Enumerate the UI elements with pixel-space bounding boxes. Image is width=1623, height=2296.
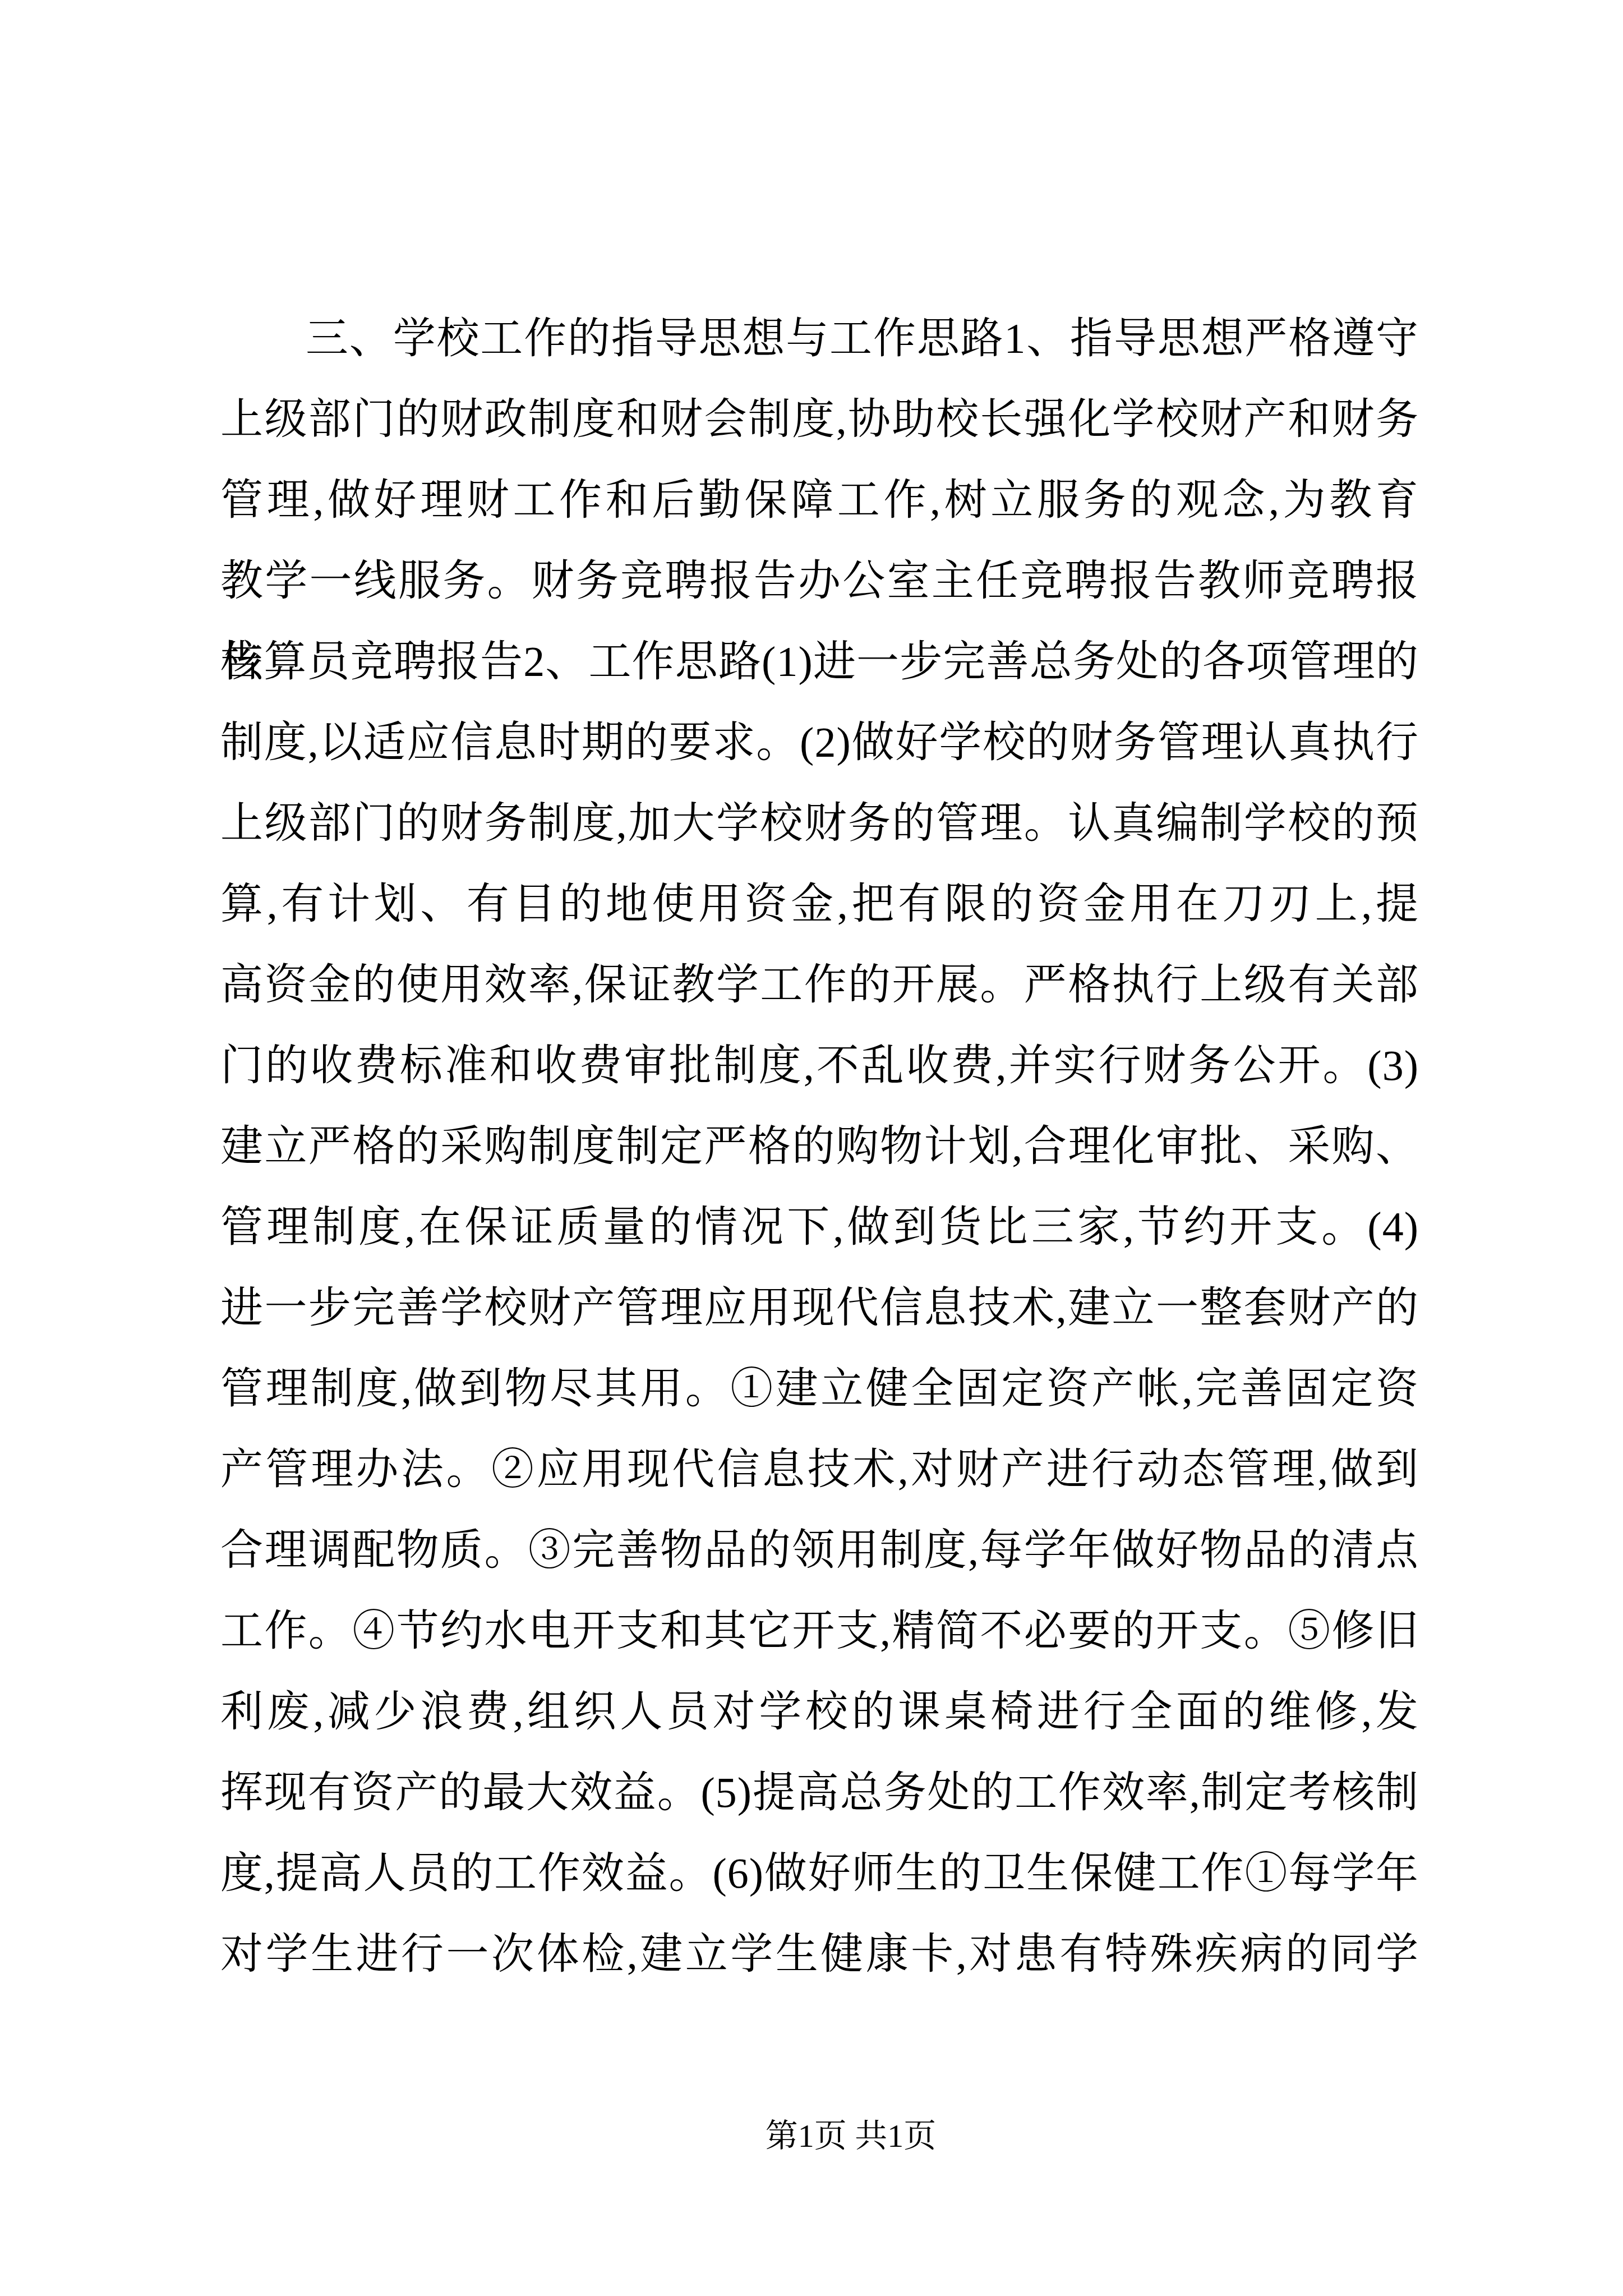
text-line: 对学生进行一次体检,建立学生健康卡,对患有特殊疾病的同学: [220, 1914, 1419, 1995]
document-body: 三、学校工作的指导思想与工作思路1、指导思想严格遵守 上级部门的财政制度和财会制…: [220, 298, 1419, 1995]
text-line: 三、学校工作的指导思想与工作思路1、指导思想严格遵守: [220, 298, 1419, 379]
text-line: 产管理办法。②应用现代信息技术,对财产进行动态管理,做到: [220, 1429, 1419, 1510]
text-line: 合理调配物质。③完善物品的领用制度,每学年做好物品的清点: [220, 1510, 1419, 1591]
text-line: 门的收费标准和收费审批制度,不乱收费,并实行财务公开。(3): [220, 1025, 1419, 1106]
text-line: 建立严格的采购制度制定严格的购物计划,合理化审批、采购、: [220, 1106, 1419, 1187]
text-line: 高资金的使用效率,保证教学工作的开展。严格执行上级有关部: [220, 945, 1419, 1025]
text-line: 上级部门的财政制度和财会制度,协助校长强化学校财产和财务: [220, 379, 1419, 460]
text-line: 教学一线服务。财务竞聘报告办公室主任竞聘报告教师竞聘报告: [220, 541, 1419, 622]
text-line: 核算员竞聘报告2、工作思路(1)进一步完善总务处的各项管理的: [220, 622, 1419, 702]
text-line: 挥现有资产的最大效益。(5)提高总务处的工作效率,制定考核制: [220, 1752, 1419, 1833]
text-line: 管理制度,在保证质量的情况下,做到货比三家,节约开支。(4): [220, 1187, 1419, 1268]
text-line: 度,提高人员的工作效益。(6)做好师生的卫生保健工作①每学年: [220, 1833, 1419, 1914]
text-line: 算,有计划、有目的地使用资金,把有限的资金用在刀刃上,提: [220, 864, 1419, 945]
text-line: 管理,做好理财工作和后勤保障工作,树立服务的观念,为教育: [220, 460, 1419, 541]
text-line: 制度,以适应信息时期的要求。(2)做好学校的财务管理认真执行: [220, 702, 1419, 783]
page-number-text: 第1页 共1页: [766, 2118, 937, 2154]
text-line: 上级部门的财务制度,加大学校财务的管理。认真编制学校的预: [220, 783, 1419, 864]
text-line: 利废,减少浪费,组织人员对学校的课桌椅进行全面的维修,发: [220, 1672, 1419, 1752]
text-line: 管理制度,做到物尽其用。①建立健全固定资产帐,完善固定资: [220, 1349, 1419, 1429]
text-line: 进一步完善学校财产管理应用现代信息技术,建立一整套财产的: [220, 1268, 1419, 1349]
page-footer: 第1页 共1页: [39, 2116, 1623, 2156]
text-line: 工作。④节约水电开支和其它开支,精简不必要的开支。⑤修旧: [220, 1591, 1419, 1672]
document-page: 三、学校工作的指导思想与工作思路1、指导思想严格遵守 上级部门的财政制度和财会制…: [0, 0, 1623, 2296]
